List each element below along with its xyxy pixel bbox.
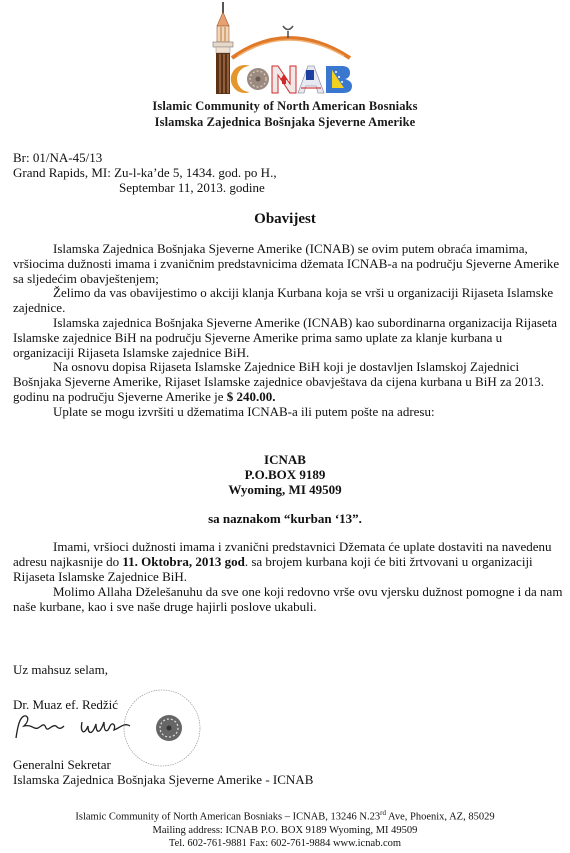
paragraph-purpose: Želimo da vas obavijestimo o akciji klan…	[13, 286, 563, 316]
paragraph-deadline: Imami, vršioci dužnosti imama i zvanični…	[13, 539, 563, 584]
org-name-bosnian: Islamska Zajednica Bošnjaka Sjeverne Ame…	[0, 115, 570, 130]
price-text: Na osnovu dopisa Rijaseta Islamske Zajed…	[13, 359, 544, 404]
deadline-date: 11. Oktobra, 2013 god	[122, 554, 244, 569]
gregorian-date: Septembar 11, 2013. godine	[13, 180, 277, 195]
price-amount: $ 240.00.	[227, 389, 276, 404]
seal-crescent-icon	[122, 688, 202, 768]
paragraph-prayer: Molimo Allaha Dželešanuhu da sve one koj…	[13, 584, 563, 614]
address-line-3: Wyoming, MI 49509	[0, 482, 570, 497]
letter-footer: Islamic Community of North American Bosn…	[0, 807, 570, 850]
signer-name: Dr. Muaz ef. Redžić	[13, 697, 118, 713]
signer-organization: Islamska Zajednica Bošnjaka Sjeverne Ame…	[13, 772, 313, 787]
reference-number: Br: 01/NA-45/13	[13, 150, 277, 165]
mosque-logo-icon	[198, 0, 378, 96]
document-title: Obavijest	[0, 211, 570, 228]
handwritten-signature	[12, 712, 137, 742]
address-line-1: ICNAB	[0, 452, 570, 467]
paragraph-price: Na osnovu dopisa Rijaseta Islamske Zajed…	[13, 360, 563, 404]
footer-line-2: Mailing address: ICNAB P.O. BOX 9189 Wyo…	[0, 824, 570, 837]
signature-icon	[12, 712, 137, 742]
signer-role-block: Generalni Sekretar Islamska Zajednica Bo…	[13, 757, 313, 787]
payment-note: sa naznakom “kurban ‘13”.	[0, 511, 570, 527]
reference-block: Br: 01/NA-45/13 Grand Rapids, MI: Zu-l-k…	[13, 150, 277, 195]
org-name-english: Islamic Community of North American Bosn…	[0, 99, 570, 114]
paragraph-organization: Islamska zajednica Bošnjaka Sjeverne Ame…	[13, 316, 563, 360]
footer-line-1: Islamic Community of North American Bosn…	[0, 807, 570, 824]
mailing-address: ICNAB P.O.BOX 9189 Wyoming, MI 49509	[0, 452, 570, 497]
letter-body: Islamska Zajednica Bošnjaka Sjeverne Ame…	[13, 242, 563, 420]
footer-line-3: Tel. 602-761-9881 Fax: 602-761-9884 www.…	[0, 837, 570, 850]
place-hijri-date: Grand Rapids, MI: Zu-l-ka’de 5, 1434. go…	[13, 165, 277, 180]
closing-salutation: Uz mahsuz selam,	[13, 662, 108, 678]
official-seal	[122, 688, 202, 768]
address-line-2: P.O.BOX 9189	[0, 467, 570, 482]
signer-title: Generalni Sekretar	[13, 757, 313, 772]
footer-address-a: Islamic Community of North American Bosn…	[75, 812, 380, 823]
paragraph-intro: Islamska Zajednica Bošnjaka Sjeverne Ame…	[13, 242, 563, 286]
icnab-logo	[198, 0, 378, 96]
letter-body-continued: Imami, vršioci dužnosti imama i zvanični…	[13, 539, 563, 614]
paragraph-payment: Uplate se mogu izvršiti u džematima ICNA…	[13, 405, 563, 420]
footer-address-b: Ave, Phoenix, AZ, 85029	[386, 812, 495, 823]
